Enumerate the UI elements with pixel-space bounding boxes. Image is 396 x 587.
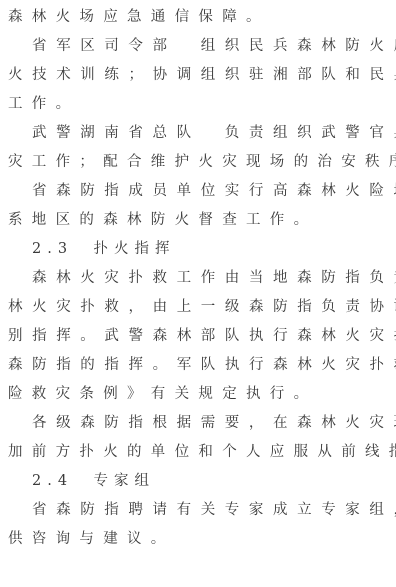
paragraph-line: 省森防指聘请有关专家成立专家组，为森林火灾应对工作提 — [32, 499, 396, 521]
section-heading-2-3: 2.3 扑火指挥 — [32, 238, 176, 260]
section-heading-2-4: 2.4 专家组 — [32, 470, 155, 492]
paragraph-line: 森林火灾扑救工作由当地森防指负责指挥。跨行政区域的森 — [32, 267, 396, 289]
paragraph-line: 供咨询与建议。 — [8, 528, 175, 550]
paragraph-line: 工作。 — [8, 93, 79, 115]
paragraph-line: 武警湖南省总队 负责组织武警官兵参加森林火灾的抢险救 — [32, 122, 396, 144]
paragraph-line: 别指挥。武警森林部队执行森林火灾扑救任务，接受火灾发生地 — [8, 325, 396, 347]
paragraph-line: 省森防指成员单位实行高森林火险地区联系责任制，负责联 — [32, 180, 396, 202]
paragraph-line: 系地区的森林防火督查工作。 — [8, 209, 317, 231]
paragraph-line: 省军区司令部 组织民兵森林防火应急分队进行森林防火扑 — [32, 35, 396, 57]
paragraph-line: 加前方扑火的单位和个人应服从前线指挥部的统一指挥。 — [8, 441, 396, 463]
paragraph-line: 林火灾扑救，由上一级森防指负责协调、指导，事发地森防指分 — [8, 296, 396, 318]
paragraph-line: 森林火场应急通信保障。 — [8, 6, 270, 28]
paragraph-line: 险救灾条例》有关规定执行。 — [8, 383, 317, 405]
paragraph-line: 灾工作；配合维护火灾现场的治安秩序。 — [8, 151, 396, 173]
paragraph-line: 森防指的指挥。军队执行森林火灾扑救任务，依照《军队参加抢 — [8, 354, 396, 376]
paragraph-line: 火技术训练；协调组织驻湘部队和民兵预备役部队参加抢险救灾 — [8, 64, 396, 86]
document-page: 森林火场应急通信保障。 省军区司令部 组织民兵森林防火应急分队进行森林防火扑 火… — [0, 0, 396, 587]
paragraph-line: 各级森防指根据需要，在森林火灾现场成立前线指挥部，参 — [32, 412, 396, 434]
